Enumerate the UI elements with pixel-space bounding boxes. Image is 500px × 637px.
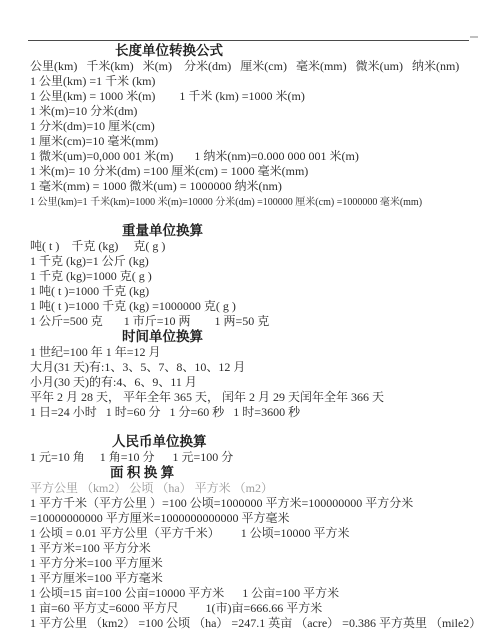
doc-line-length-4: 1 分米(dm)=10 厘米(cm) — [30, 119, 490, 134]
doc-line-length-9: 1 公里(km)=1 千米(km)=1000 米(m)=10000 分米(dm)… — [30, 194, 490, 211]
doc-line-weight-4: 1 吨( t )=1000 千克 (kg) =1000000 克( g ) — [30, 299, 490, 314]
doc-line-length-1: 1 公里(km) =1 千米 (km) — [30, 74, 490, 89]
doc-line-time-4: 1 日=24 小时 1 时=60 分 1 分=60 秒 1 时=3600 秒 — [30, 405, 490, 420]
section-title-weight: 重量单位换算 — [122, 223, 490, 239]
doc-line-length-5: 1 厘米(cm)=10 毫米(mm) — [30, 134, 490, 149]
doc-line-length-0: 公里(km) 千米(km) 米(m) 分米(dm) 厘米(cm) 毫米(mm) … — [30, 59, 490, 74]
doc-line-area-0: 平方公里 （km2） 公顷 （ha） 平方米 （m2） — [30, 481, 490, 496]
section-title-length: 长度单位转换公式 — [115, 43, 490, 59]
doc-line-time-2: 小月(30 天)的有:4、6、9、11 月 — [30, 375, 490, 390]
doc-line-weight-1: 1 千克 (kg)=1 公斤 (kg) — [30, 254, 490, 269]
doc-line-length-3: 1 米(m)=10 分米(dm) — [30, 104, 490, 119]
doc-line-area-2: =10000000000 平方厘米=1000000000000 平方毫米 — [30, 511, 490, 526]
doc-line-area-6: 1 平方厘米=100 平方毫米 — [30, 571, 490, 586]
document-page: 长度单位转换公式公里(km) 千米(km) 米(m) 分米(dm) 厘米(cm)… — [0, 0, 500, 637]
doc-line-weight-0: 吨( t ) 千克 (kg) 克( g ) — [30, 239, 490, 254]
doc-line-length-2: 1 公里(km) = 1000 米(m) 1 千米 (km) =1000 米(m… — [30, 89, 490, 104]
doc-line-length-8: 1 毫米(mm) = 1000 微米(um) = 1000000 纳米(nm) — [30, 179, 490, 194]
doc-line-length-6: 1 微米(um)=0,000 001 米(m) 1 纳米(nm)=0.000 0… — [30, 149, 490, 164]
document-content: 长度单位转换公式公里(km) 千米(km) 米(m) 分米(dm) 厘米(cm)… — [30, 43, 490, 631]
doc-line-time-0: 1 世纪=100 年 1 年=12 月 — [30, 345, 490, 360]
doc-line-rmb-0: 1 元=10 角 1 角=10 分 1 元=100 分 — [30, 450, 490, 465]
doc-line-area-5: 1 平方分米=100 平方厘米 — [30, 556, 490, 571]
doc-line-area-3: 1 公顷 = 0.01 平方公里（平方千米） 1 公顷=10000 平方米 — [30, 526, 490, 541]
doc-line-area-9: 1 平方公里 （km2） =100 公顷 （ha） =247.1 英亩 （acr… — [30, 616, 490, 631]
doc-line-weight-3: 1 吨( t )=1000 千克 (kg) — [30, 284, 490, 299]
doc-line-time-1: 大月(31 天)有:1、3、5、7、8、10、12 月 — [30, 360, 490, 375]
doc-line-area-7: 1 公顷=15 亩=100 公亩=10000 平方米 1 公亩=100 平方米 — [30, 586, 490, 601]
top-rule — [28, 40, 469, 41]
doc-line-weight-2: 1 千克 (kg)=1000 克( g ) — [30, 269, 490, 284]
rule-end-tick — [470, 36, 478, 38]
doc-line-length-7: 1 米(m)= 10 分米(dm) =100 厘米(cm) = 1000 毫米(… — [30, 164, 490, 179]
doc-line-area-4: 1 平方米=100 平方分米 — [30, 541, 490, 556]
doc-line-time-3: 平年 2 月 28 天， 平年全年 365 天， 闰年 2 月 29 天闰年全年… — [30, 390, 490, 405]
doc-line-weight-5: 1 公斤=500 克 1 市斤=10 两 1 两=50 克 — [30, 314, 490, 329]
doc-line-area-1: 1 平方千米（平方公里 ）=100 公顷=1000000 平方米=1000000… — [30, 496, 490, 511]
section-title-area: 面 积 换 算 — [110, 465, 490, 481]
section-title-rmb: 人民币单位换算 — [112, 434, 490, 450]
section-title-time: 时间单位换算 — [122, 329, 490, 345]
doc-line-area-8: 1 亩=60 平方丈=6000 平方尺 1(市)亩=666.66 平方米 — [30, 601, 490, 616]
